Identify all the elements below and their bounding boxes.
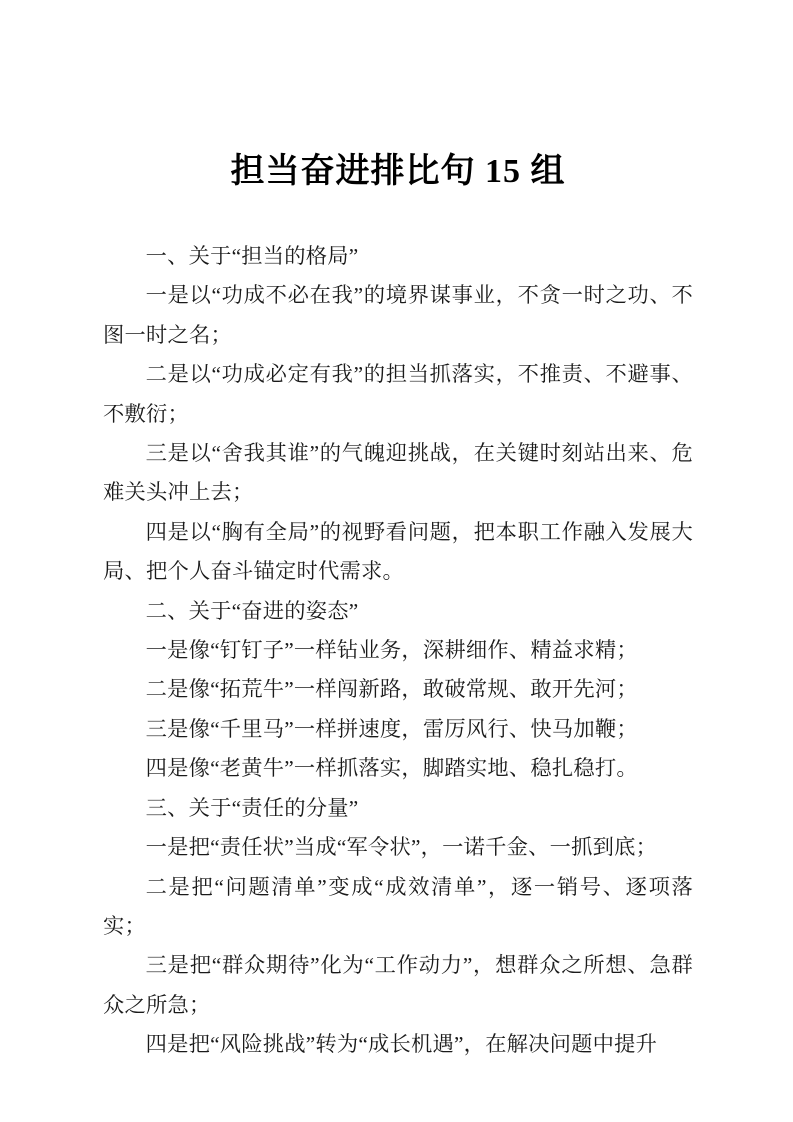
document-page: 担当奋进排比句 15 组 一、关于“担当的格局”一是以“功成不必在我”的境界谋事… [0,0,793,1122]
title-body-spacer [103,196,693,237]
paragraph: 二、关于“奋进的姿态” [103,592,693,631]
paragraph: 一是像“钉钉子”一样钻业务，深耕细作、精益求精； [103,631,693,670]
paragraph: 二是以“功成必定有我”的担当抓落实，不推责、不避事、不敷衍； [103,355,693,434]
paragraph: 三是像“千里马”一样拼速度，雷厉风行、快马加鞭； [103,710,693,749]
paragraph: 四是把“风险挑战”转为“成长机遇”，在解决问题中提升 [103,1025,693,1064]
paragraph: 三是以“舍我其谁”的气魄迎挑战，在关键时刻站出来、危难关头冲上去； [103,434,693,513]
paragraph: 四是以“胸有全局”的视野看问题，把本职工作融入发展大局、把个人奋斗锚定时代需求。 [103,513,693,592]
paragraph: 三是把“群众期待”化为“工作动力”，想群众之所想、急群众之所急； [103,946,693,1025]
paragraph: 二是像“拓荒牛”一样闯新路，敢破常规、敢开先河； [103,670,693,709]
paragraph: 一是以“功成不必在我”的境界谋事业，不贪一时之功、不图一时之名； [103,276,693,355]
document-body: 一、关于“担当的格局”一是以“功成不必在我”的境界谋事业，不贪一时之功、不图一时… [103,237,693,1065]
paragraph: 四是像“老黄牛”一样抓落实，脚踏实地、稳扎稳打。 [103,749,693,788]
document-content: 担当奋进排比句 15 组 一、关于“担当的格局”一是以“功成不必在我”的境界谋事… [0,0,793,1065]
paragraph: 三、关于“责任的分量” [103,789,693,828]
paragraph: 一是把“责任状”当成“军令状”，一诺千金、一抓到底； [103,828,693,867]
paragraph: 一、关于“担当的格局” [103,237,693,276]
paragraph: 二是把“问题清单”变成“成效清单”，逐一销号、逐项落实； [103,868,693,947]
document-title: 担当奋进排比句 15 组 [103,148,693,196]
